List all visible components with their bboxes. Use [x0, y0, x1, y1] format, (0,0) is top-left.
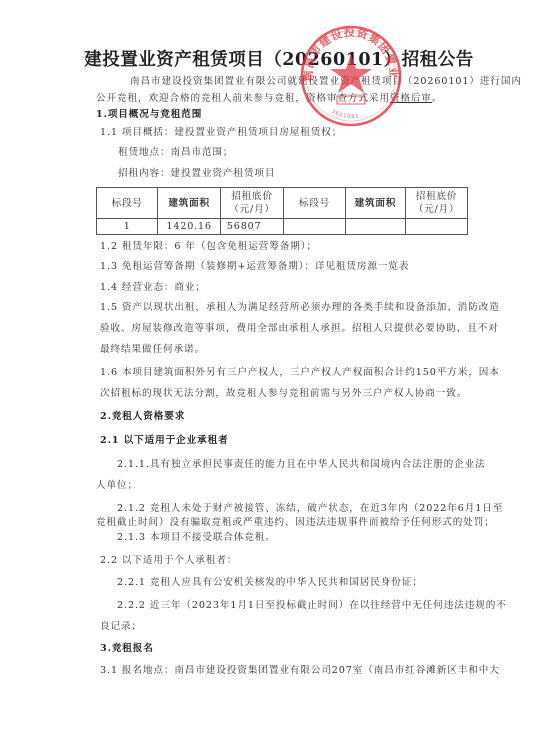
- section-2-2-2-line-1: 2.2.2 近三年（2023年1月1日至投标截止时间）在以往经营中无任何违法违规…: [117, 597, 507, 611]
- cell-reserve-price: 56807: [220, 219, 283, 235]
- qualification-review-method: 资格后审: [390, 93, 432, 104]
- section-3-heading: 3.竞租报名: [100, 640, 154, 654]
- section-1-3: 1.3 免租运营筹备期（装修期+运营筹备期）：详见租赁房源一览表: [100, 258, 409, 272]
- cell-lot-number: 1: [97, 219, 158, 235]
- section-2-1: 2.1 以下适用于企业承租者: [100, 432, 229, 446]
- section-2-2: 2.2 以下适用于个人承租者：: [100, 552, 237, 566]
- section-1-5-line-2: 验收、房屋装修改造等事项，费用全部由承租人承担。招租人只提供必要协助，且不对: [100, 320, 499, 334]
- section-2-1-3: 2.1.3 本项目不接受联合体竞租。: [117, 529, 276, 543]
- section-1-2: 1.2 租赁年限：6 年（包含免租运营筹备期）；: [100, 238, 317, 252]
- bid-table: 标段号 建筑面积 招租底价（元/月） 标段号 建筑面积 招租底价（元/月） 1 …: [96, 187, 468, 235]
- section-1-4: 1.4 经营业态：商业；: [100, 279, 206, 293]
- section-1-heading: 1.项目概况与竞租范围: [96, 106, 202, 120]
- section-1-1: 1.1 项目概括：建投置业资产租赁项目房屋租赁权；: [100, 124, 342, 138]
- section-2-1-1-line-1: 2.1.1.具有独立承担民事责任的能力且在中华人民共和国境内合法注册的企业法: [117, 456, 486, 470]
- section-2-2-1: 2.2.1 竞租人应具有公安机关核发的中华人民共和国居民身份证；: [117, 574, 423, 588]
- header-lot-number-2: 标段号: [284, 188, 345, 219]
- section-1-5-line-3: 最终结果做任何承诺。: [100, 341, 205, 355]
- header-reserve-price-2: 招租底价（元/月）: [406, 188, 468, 219]
- section-2-1-2-line-2: 竞租截止时间）没有骗取竞租或严重违约、因违法违规事件而被给予任何形式的处罚；: [96, 514, 495, 528]
- section-1-6-line-2: 次招租标的现状无法分割，故竞租人参与竞租前需与另外三户产权人协商一致。: [100, 385, 467, 399]
- cell-building-area: 1420.16: [158, 219, 220, 235]
- page-title: 建投置业资产租赁项目（20260101）招租公告: [0, 46, 558, 71]
- rental-location: 租赁地点：南昌市范围；: [118, 144, 233, 158]
- header-building-area-2: 建筑面积: [345, 188, 405, 219]
- cell-building-area-2: [345, 219, 405, 235]
- cell-lot-number-2: [284, 219, 345, 235]
- section-2-1-2-line-1: 2.1.2 竞租人未处于财产被接管、冻结，破产状态，在近3年内（2022年6月1…: [117, 500, 503, 514]
- section-1-6-line-1: 1.6 本项目建筑面积外另有三户产权人，三户产权人产权面积合计约150平方米，因…: [100, 364, 500, 378]
- rental-content: 招租内容：建投置业资产租赁项目: [118, 165, 275, 179]
- section-1-5-line-1: 1.5 资产以现状出租，承租人为满足经营所必须办理的各类手续和设备添加、消防改造: [100, 299, 500, 313]
- section-2-2-2-line-2: 良记录；: [100, 618, 142, 632]
- header-lot-number: 标段号: [97, 188, 158, 219]
- header-reserve-price: 招租底价（元/月）: [220, 188, 283, 219]
- section-3-1: 3.1 报名地点：南昌市建设投资集团置业有限公司207室（南昌市红谷滩新区丰和中…: [100, 662, 500, 676]
- intro-line-2: 公开竞租，欢迎合格的竞租人前来参与竞租，资格审查方式采用资格后审。: [96, 90, 442, 104]
- section-2-1-1-line-2: 人单位；: [96, 477, 138, 491]
- section-2-heading: 2.竞租人资格要求: [100, 408, 185, 422]
- cell-reserve-price-2: [406, 219, 468, 235]
- header-building-area: 建筑面积: [158, 188, 220, 219]
- table-header-row: 标段号 建筑面积 招租底价（元/月） 标段号 建筑面积 招租底价（元/月）: [97, 188, 468, 219]
- intro-line-1: 南昌市建设投资集团置业有限公司就建投置业资产租赁项目（20260101）进行国内: [130, 73, 522, 87]
- table-row: 1 1420.16 56807: [97, 219, 468, 235]
- svg-text:3601081: 3601081: [330, 109, 360, 121]
